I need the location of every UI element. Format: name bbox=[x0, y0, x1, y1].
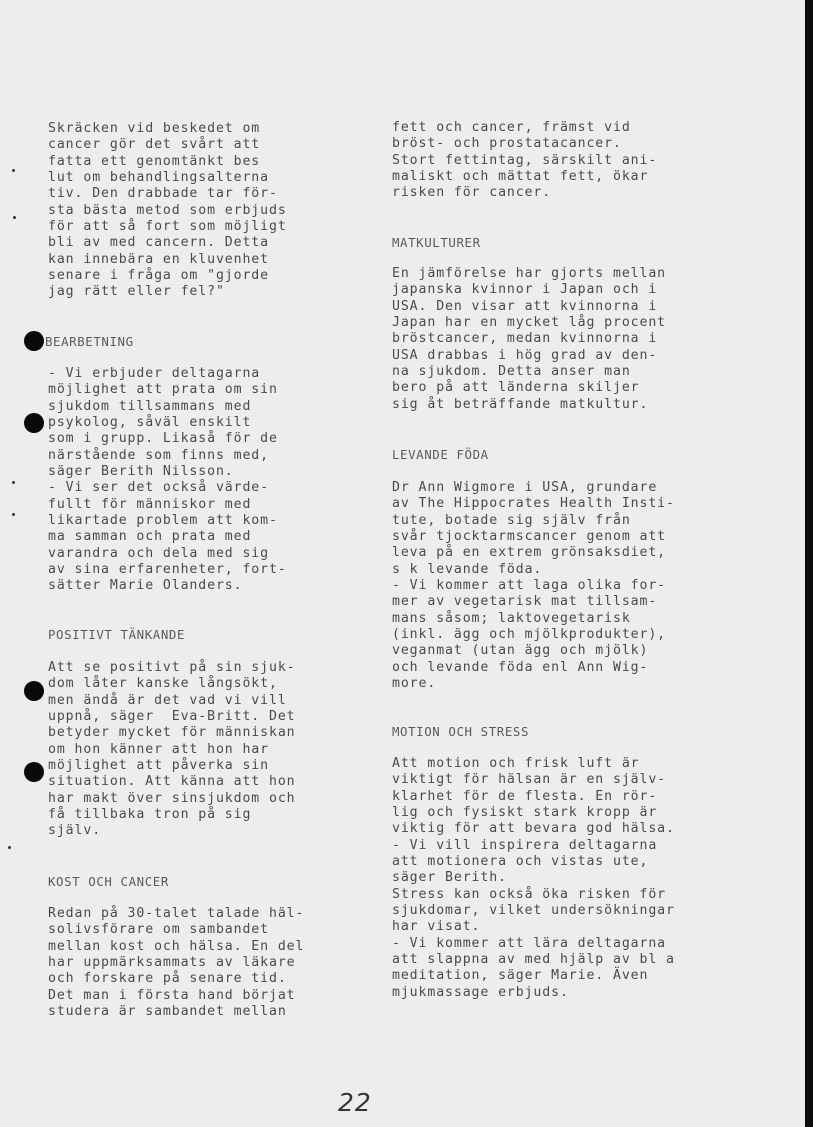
right-column: fett och cancer, främst vid bröst- och p… bbox=[392, 0, 722, 196]
right-intro-paragraph: fett och cancer, främst vid bröst- och p… bbox=[392, 120, 657, 202]
section-body-positivt-tankande: Att se positivt på sin sjuk- dom låter k… bbox=[48, 660, 296, 840]
section-heading-motion-och-stress: MOTION OCH STRESS bbox=[392, 724, 529, 740]
left-intro-paragraph: Skräcken vid beskedet om cancer gör det … bbox=[48, 121, 287, 301]
punch-hole bbox=[24, 681, 44, 701]
punch-hole bbox=[24, 413, 44, 433]
section-heading-kost-och-cancer: KOST OCH CANCER bbox=[48, 874, 169, 890]
punch-hole bbox=[24, 762, 44, 782]
speck bbox=[12, 513, 15, 516]
left-column: Skräcken vid beskedet om cancer gör det … bbox=[48, 0, 348, 196]
speck bbox=[12, 169, 15, 172]
section-heading-matkulturer: MATKULTURER bbox=[392, 235, 481, 251]
page-number: 22 bbox=[338, 1088, 372, 1117]
section-body-kost-och-cancer: Redan på 30-talet talade häl- solivsföra… bbox=[48, 906, 304, 1020]
section-body-levande-foda: Dr Ann Wigmore i USA, grundare av The Hi… bbox=[392, 480, 675, 692]
section-heading-bearbetning: BEARBETNING bbox=[45, 334, 134, 350]
speck bbox=[13, 216, 16, 219]
section-body-matkulturer: En jämförelse har gjorts mellan japanska… bbox=[392, 266, 666, 413]
speck bbox=[8, 846, 11, 849]
section-body-motion-och-stress: Att motion och frisk luft är viktigt för… bbox=[392, 756, 675, 1001]
section-body-bearbetning: - Vi erbjuder deltagarna möjlighet att p… bbox=[48, 366, 287, 595]
punch-hole bbox=[24, 331, 44, 351]
section-heading-levande-foda: LEVANDE FÖDA bbox=[392, 447, 489, 463]
section-heading-positivt-tankande: POSITIVT TÄNKANDE bbox=[48, 627, 185, 643]
speck bbox=[12, 481, 15, 484]
document-page: Skräcken vid beskedet om cancer gör det … bbox=[0, 0, 805, 1127]
